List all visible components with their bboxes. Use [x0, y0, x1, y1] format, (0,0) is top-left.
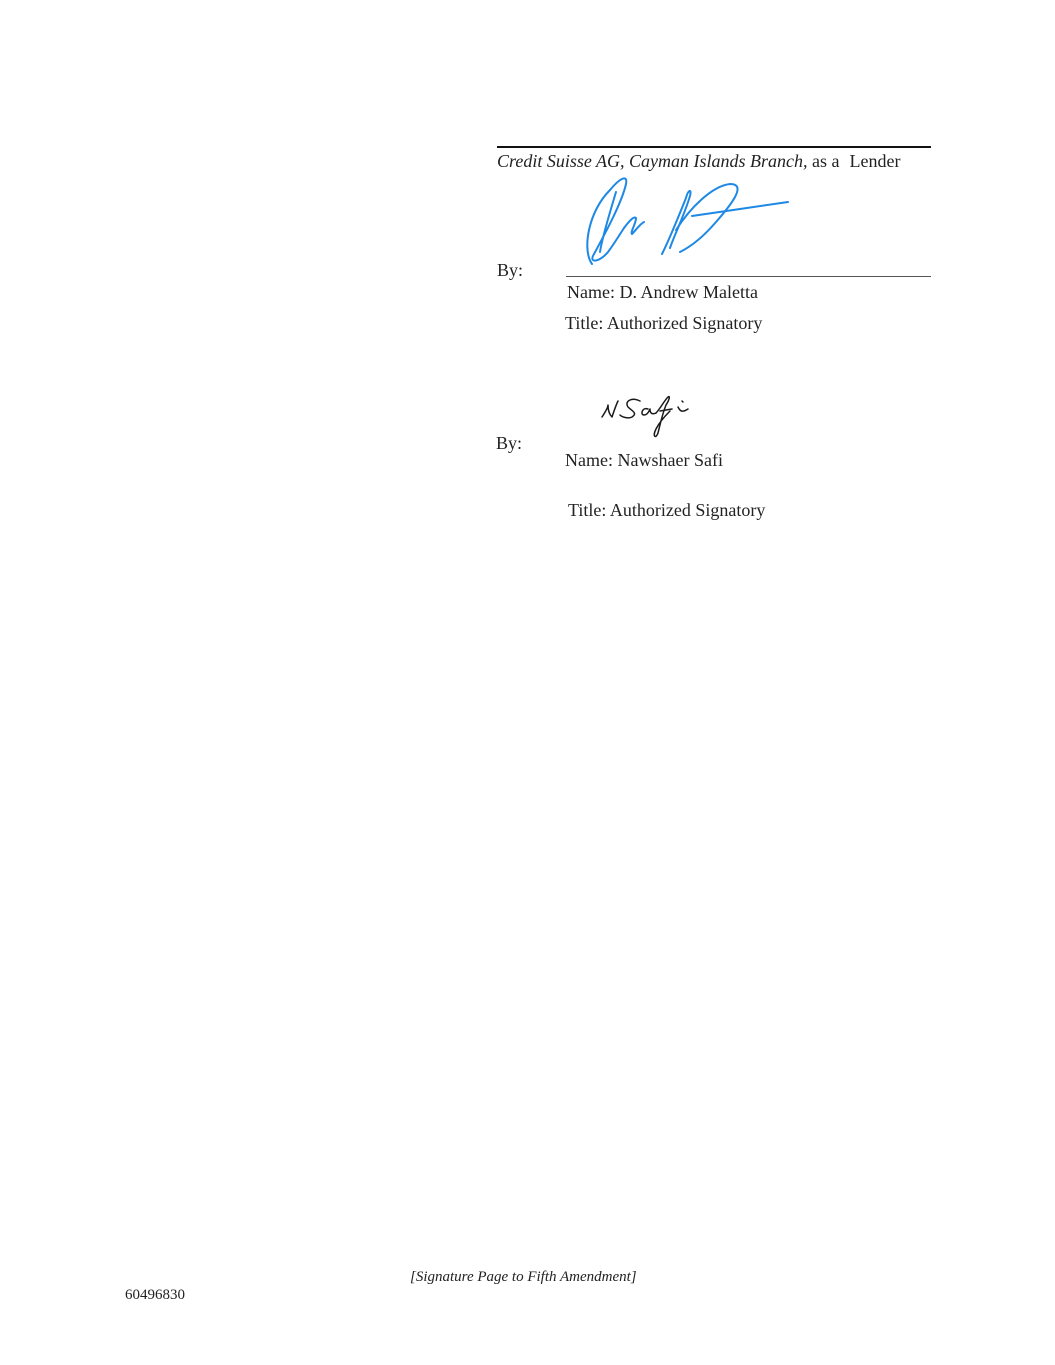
signature-maletta-icon	[580, 172, 795, 272]
entity-line: Credit Suisse AG, Cayman Islands Branch,…	[497, 150, 900, 172]
document-id: 60496830	[125, 1286, 185, 1304]
by-label-1: By:	[497, 259, 523, 281]
signature-safi-icon	[598, 393, 694, 441]
signatory-1-title: Title: Authorized Signatory	[565, 312, 762, 334]
by-label-2: By:	[496, 432, 522, 454]
signatory-1-name: Name: D. Andrew Maletta	[567, 281, 758, 303]
signature-line-1	[566, 276, 931, 277]
entity-name: Credit Suisse AG, Cayman Islands Branch,	[497, 151, 808, 171]
footer-caption: [Signature Page to Fifth Amendment]	[410, 1268, 637, 1286]
top-rule-divider	[497, 146, 931, 148]
signatory-2-title: Title: Authorized Signatory	[568, 499, 765, 521]
signatory-2-name: Name: Nawshaer Safi	[565, 449, 723, 471]
entity-role-prefix: as a	[812, 151, 839, 171]
entity-role: Lender	[849, 151, 900, 171]
